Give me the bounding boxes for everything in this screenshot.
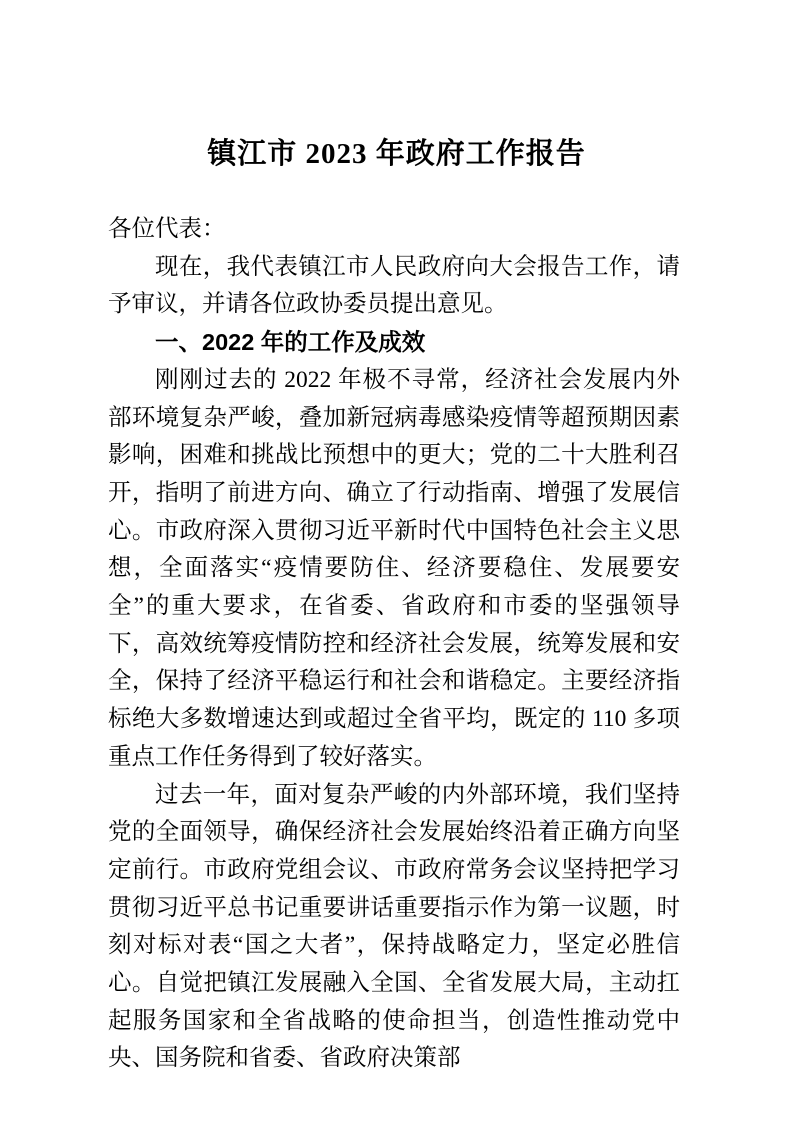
- document-body: 各位代表： 现在，我代表镇江市人民政府向大会报告工作，请予审议，并请各位政协委员…: [108, 211, 680, 1078]
- section-heading: 一、2022 年的工作及成效: [108, 324, 680, 362]
- paragraph: 现在，我代表镇江市人民政府向大会报告工作，请予审议，并请各位政协委员提出意见。: [108, 249, 680, 324]
- document-title: 镇江市 2023 年政府工作报告: [60, 134, 733, 174]
- salutation: 各位代表：: [108, 211, 680, 249]
- paragraph: 过去一年，面对复杂严峻的内外部环境，我们坚持党的全面领导，确保经济社会发展始终沿…: [108, 777, 680, 1079]
- paragraph: 刚刚过去的 2022 年极不寻常，经济社会发展内外部环境复杂严峻，叠加新冠病毒感…: [108, 362, 680, 777]
- document-page: 镇江市 2023 年政府工作报告 各位代表： 现在，我代表镇江市人民政府向大会报…: [0, 0, 793, 1122]
